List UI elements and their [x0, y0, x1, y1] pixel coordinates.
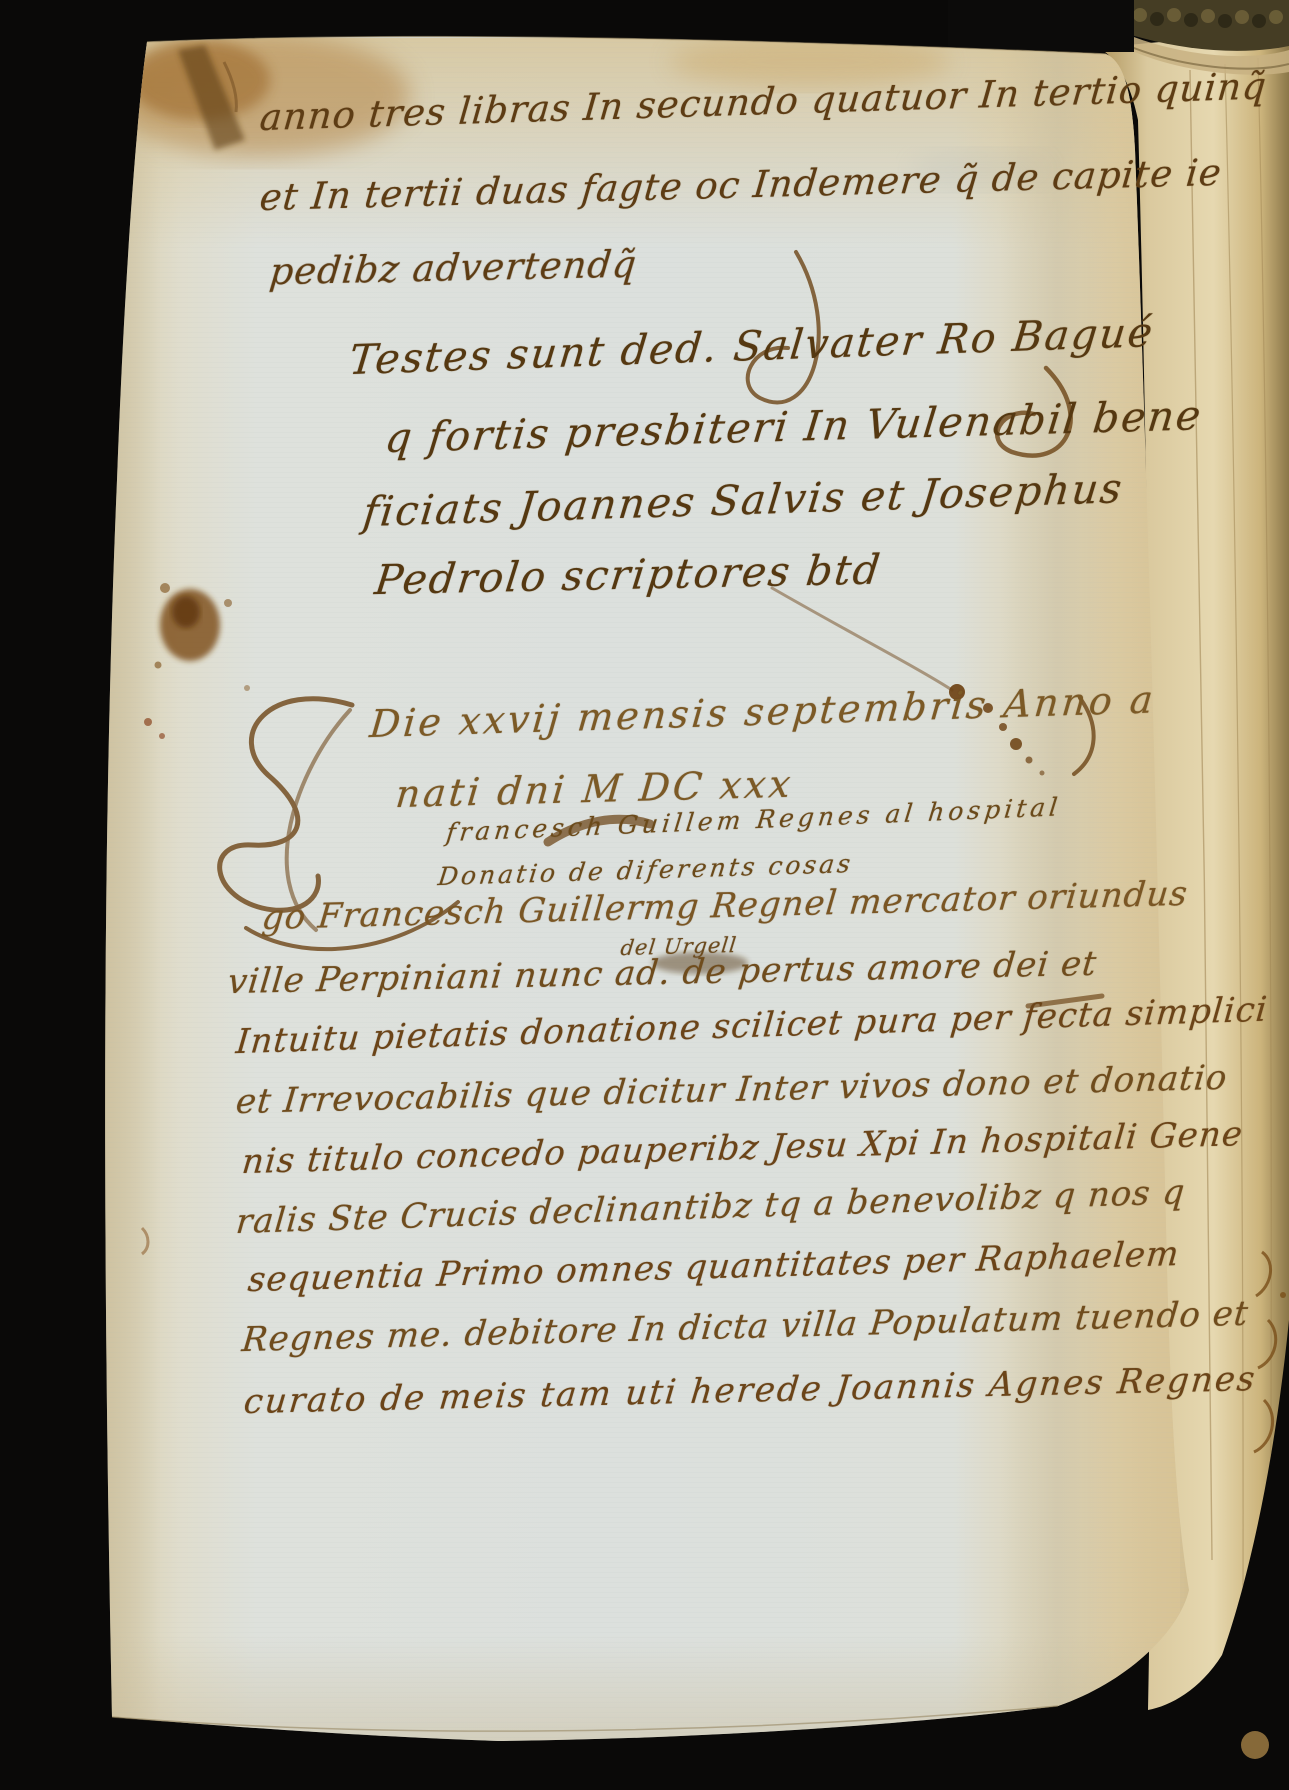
- photo-stage: anno tres libras In secundo quatuor In t…: [0, 0, 1289, 1790]
- cover-edge: [948, 0, 1134, 52]
- bottom-edge-stain: [1241, 1731, 1269, 1759]
- manuscript-line-3: pedibz advertendq̃: [268, 242, 640, 293]
